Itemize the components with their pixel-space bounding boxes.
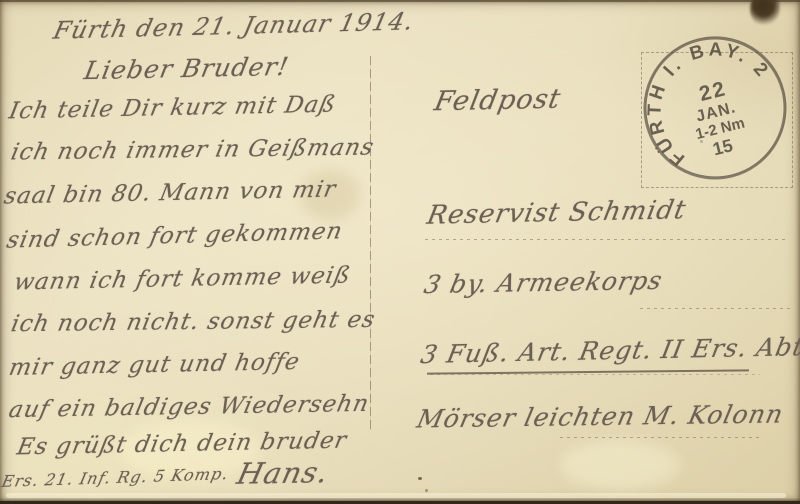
address-guide-line: [560, 437, 760, 438]
message-line: auf ein baldiges Wiedersehn: [7, 391, 372, 423]
ink-stain: [750, 0, 780, 26]
address-guide-line: [425, 239, 785, 240]
message-line: wann ich fort komme weiß: [12, 262, 353, 295]
address-corps-line: 3 by. Armeekorps: [421, 266, 665, 299]
message-line: mir ganz gut und hoffe: [7, 349, 302, 381]
postmark-year: 15: [711, 135, 735, 159]
address-divider-line: [370, 56, 371, 430]
feldpost-label: Feldpost: [432, 84, 564, 118]
postmark-stamp: FÜRTH I. BAY. 2 22 JAN. 1-2 Nm 15: [633, 26, 797, 190]
message-line: sind schon fort gekommen: [4, 218, 345, 253]
message-line: ich noch nicht. sonst geht es: [9, 307, 378, 337]
address-regiment-line: 3 Fuß. Art. Regt. II Ers. Abt.: [418, 332, 800, 369]
message-line: Ich teile Dir kurz mit Daß: [7, 92, 338, 125]
age-stain: [560, 440, 680, 490]
message-line: ich noch immer in Geißmans: [9, 134, 377, 165]
paper-speck: [425, 489, 428, 492]
message-signature: Hans.: [234, 455, 333, 491]
paper-speck: [700, 140, 703, 143]
card-top-edge: [0, 0, 800, 2]
postcard-back: Fürth den 21. Januar 1914. Lieber Bruder…: [0, 0, 800, 504]
message-unit-line: Ers. 21. Inf. Rg. 5 Komp.: [0, 464, 231, 491]
message-salutation: Lieber Bruder!: [82, 52, 292, 85]
address-guide-line: [430, 374, 760, 375]
paper-speck: [418, 477, 422, 480]
message-line: saal bin 80. Mann von mir: [2, 177, 339, 210]
address-name-line: Reservist Schmidt: [425, 195, 689, 230]
card-bottom-edge: [0, 498, 800, 504]
message-dateline: Fürth den 21. Januar 1914.: [51, 7, 417, 44]
address-column-line: Mörser leichten M. Kolonn: [414, 399, 786, 433]
address-guide-line: [640, 308, 790, 309]
